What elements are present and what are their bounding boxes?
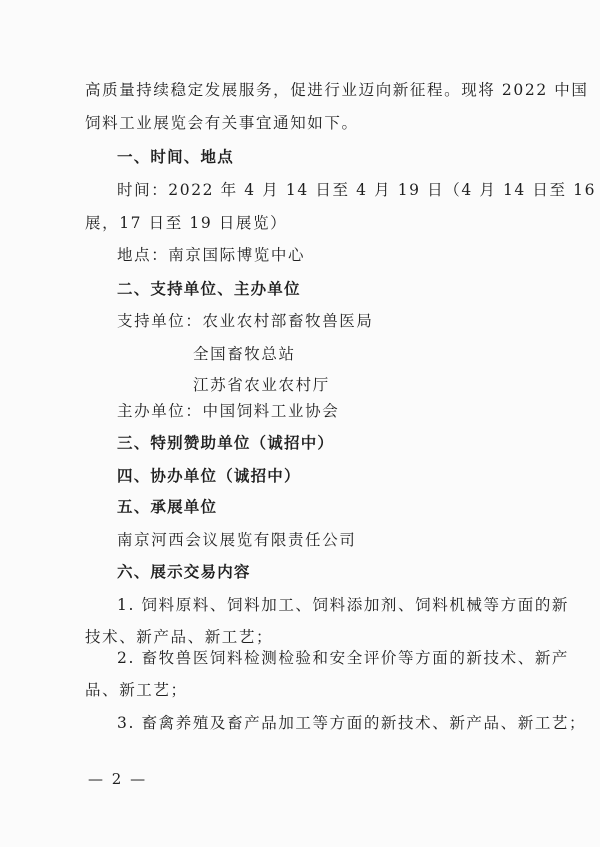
text-line: 江苏省农业农村厅 [193,375,330,395]
text-line: 南京河西会议展览有限责任公司 [117,530,356,550]
text-line: 3. 畜禽养殖及畜产品加工等方面的新技术、新产品、新工艺； [117,713,586,733]
text-line: 2. 畜牧兽医饲料检测检验和安全评价等方面的新技术、新产 [117,648,569,668]
section-heading: 五、承展单位 [117,497,217,517]
text-line: 高质量持续稳定发展服务，促进行业迈向新征程。现将 2022 中国 [85,80,589,100]
text-line: 地点：南京国际博览中心 [117,245,305,265]
section-heading: 二、支持单位、主办单位 [117,279,301,299]
text-line: 技术、新产品、新工艺； [85,627,273,647]
text-line: 全国畜牧总站 [193,344,296,364]
text-line: 支持单位：农业农村部畜牧兽医局 [117,311,374,331]
text-line: 饲料工业展览会有关事宜通知如下。 [85,113,359,133]
page-number: — 2 — [88,770,147,788]
section-heading: 一、时间、地点 [117,147,234,167]
text-line: 品、新工艺； [85,680,188,700]
text-line: 展，17 日至 19 日展览） [85,213,287,233]
text-line: 主办单位：中国饲料工业协会 [117,401,339,421]
text-line: 1. 饲料原料、饲料加工、饲料添加剂、饲料机械等方面的新 [117,595,569,615]
section-heading: 六、展示交易内容 [117,562,251,582]
section-heading: 四、协办单位（诚招中） [117,466,301,486]
text-line: 时间：2022 年 4 月 14 日至 4 月 19 日（4 月 14 日至 1… [117,180,600,200]
section-heading: 三、特别赞助单位（诚招中） [117,433,334,453]
